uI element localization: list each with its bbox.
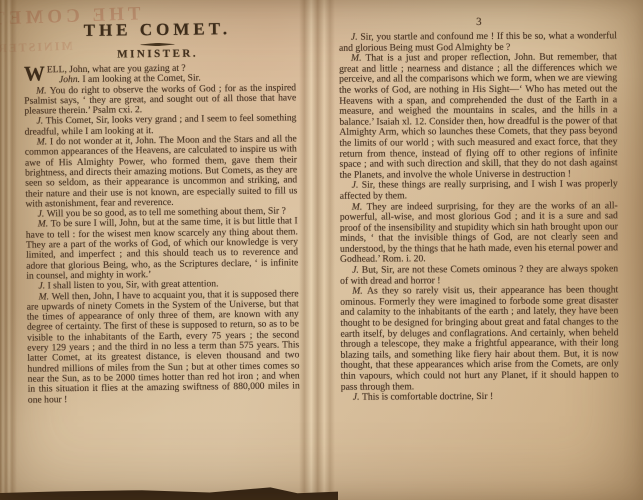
dialogue-paragraph: J. But, Sir, are not these Comets ominou… — [340, 264, 618, 287]
speaker-label: J. — [36, 116, 45, 127]
speaker-label: M. — [37, 136, 50, 147]
dialogue-paragraph: M. To be sure I will, John, but at the s… — [26, 217, 299, 282]
speaker-label: M. — [36, 85, 50, 96]
right-page: 3 J. Sir, you startle and confound me ! … — [333, 0, 628, 500]
speaker-label: J. — [351, 32, 361, 43]
dialogue-paragraph: M. Well then, John, I have to acquaint y… — [27, 289, 300, 406]
speaker-label: J. — [352, 265, 362, 276]
dialogue-paragraph: M. That is a just and proper reflection,… — [339, 52, 618, 181]
dialogue-paragraph: M. They are indeed surprising, for they … — [340, 201, 618, 266]
speaker-label: J. — [353, 392, 362, 403]
left-page-text-column: WELL, John, what are you gazing at ?John… — [15, 62, 305, 405]
book-spread: THE COMET MINISTER THE COMET. MINISTER. … — [0, 0, 643, 500]
swelled-rule-ornament — [141, 43, 175, 46]
dialogue-paragraph: J. Sir, these things are really surprisi… — [340, 180, 618, 203]
speaker-label: M. — [39, 291, 52, 302]
left-page: THE COMET. MINISTER. WELL, John, what ar… — [14, 0, 306, 494]
dialogue-paragraph: M. I do not wonder at it, John. The Moon… — [25, 134, 298, 209]
speaker-label: J. — [352, 180, 362, 191]
speaker-label: M. — [38, 219, 51, 230]
speaker-label: M. — [352, 201, 367, 212]
section-heading: MINISTER. — [15, 46, 301, 61]
right-page-text-column: J. Sir, you startle and confound me ! If… — [333, 31, 627, 403]
dialogue-paragraph: J. This is comfortable doctrine, Sir ! — [341, 391, 619, 403]
speaker-label: M. — [351, 53, 366, 64]
stacked-page-edges — [0, 0, 17, 500]
page-number: 3 — [333, 15, 625, 29]
dialogue-paragraph: M. As they so rarely visit us, their app… — [340, 286, 619, 393]
center-gutter-fold — [299, 0, 335, 500]
page-title: THE COMET. — [14, 18, 300, 41]
speaker-label: John. — [59, 74, 83, 85]
speaker-label: M. — [352, 286, 367, 297]
drop-cap: W — [24, 65, 45, 81]
